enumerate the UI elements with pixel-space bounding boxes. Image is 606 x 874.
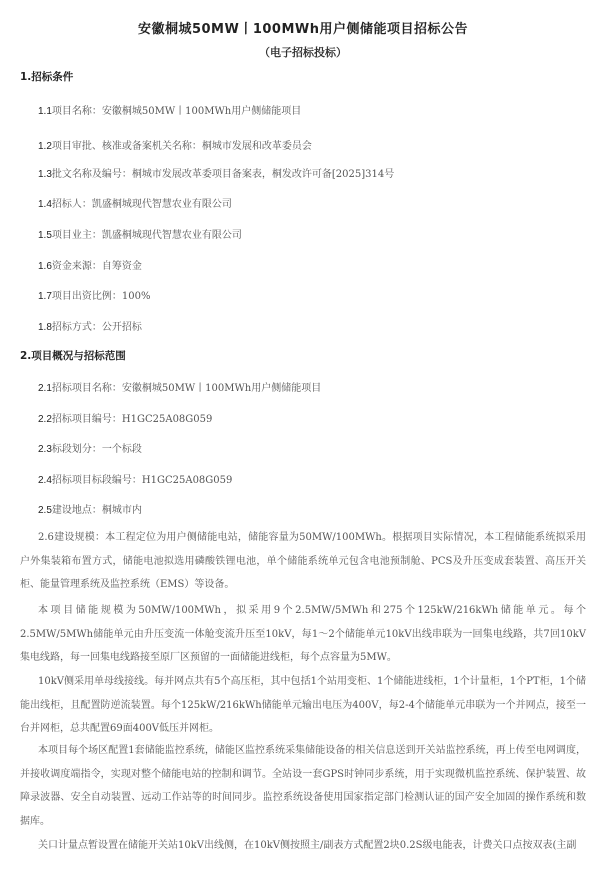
section-heading-bidding-conditions: 1.招标条件 [20, 69, 73, 84]
list-item: 1.6资金来源：自筹资金 [38, 257, 142, 272]
list-item: 1.2项目审批、核准或备案机关名称：桐城市发展和改革委员会 [38, 137, 312, 152]
list-item: 1.1项目名称：安徽桐城50MW丨100MWh用户侧储能项目 [38, 102, 301, 117]
list-item: 2.5建设地点：桐城市内 [38, 501, 142, 516]
section-heading-project-overview: 2.项目概况与招标范围 [20, 348, 126, 363]
paragraph-monitoring-system: 本项目每个场区配置1套储能监控系统，储能区监控系统采集储能设备的相关信息送到开关… [20, 739, 586, 833]
list-item: 2.4招标项目标段编号：H1GC25A08G059 [38, 471, 232, 486]
paragraph-storage-scale: 本项目储能规模为50MW/100MWh，拟采用9个2.5MW/5MWh和275个… [20, 599, 586, 670]
list-item: 2.1招标项目名称：安徽桐城50MW丨100MWh用户侧储能项目 [38, 379, 321, 394]
list-item: 1.7项目出资比例：100% [38, 287, 151, 302]
paragraph-10kv-wiring: 10kV侧采用单母线接线。每并网点共有5个高压柜，其中包括1个站用变柜、1个储能… [20, 670, 586, 741]
list-item: 1.3批文名称及编号：桐城市发展改革委项目备案表，桐发改许可备[2025]314… [38, 165, 394, 180]
list-item: 2.3标段划分：一个标段 [38, 440, 142, 455]
document-subtitle: （电子招标投标） [0, 44, 606, 60]
paragraph-construction-scale: 2.6建设规模：本工程定位为用户侧储能电站，储能容量为50MW/100MWh。根… [20, 526, 586, 597]
list-item: 1.8招标方式：公开招标 [38, 318, 142, 333]
paragraph-metering-point: 关口计量点暂设置在储能开关站10kV出线侧，在10kV侧按照主/副表方式配置2块… [20, 834, 586, 858]
list-item: 1.4招标人：凯盛桐城现代智慧农业有限公司 [38, 195, 232, 210]
document-title: 安徽桐城50MW丨100MWh用户侧储能项目招标公告 [0, 18, 606, 37]
list-item: 1.5项目业主：凯盛桐城现代智慧农业有限公司 [38, 226, 242, 241]
list-item: 2.2招标项目编号：H1GC25A08G059 [38, 410, 212, 425]
